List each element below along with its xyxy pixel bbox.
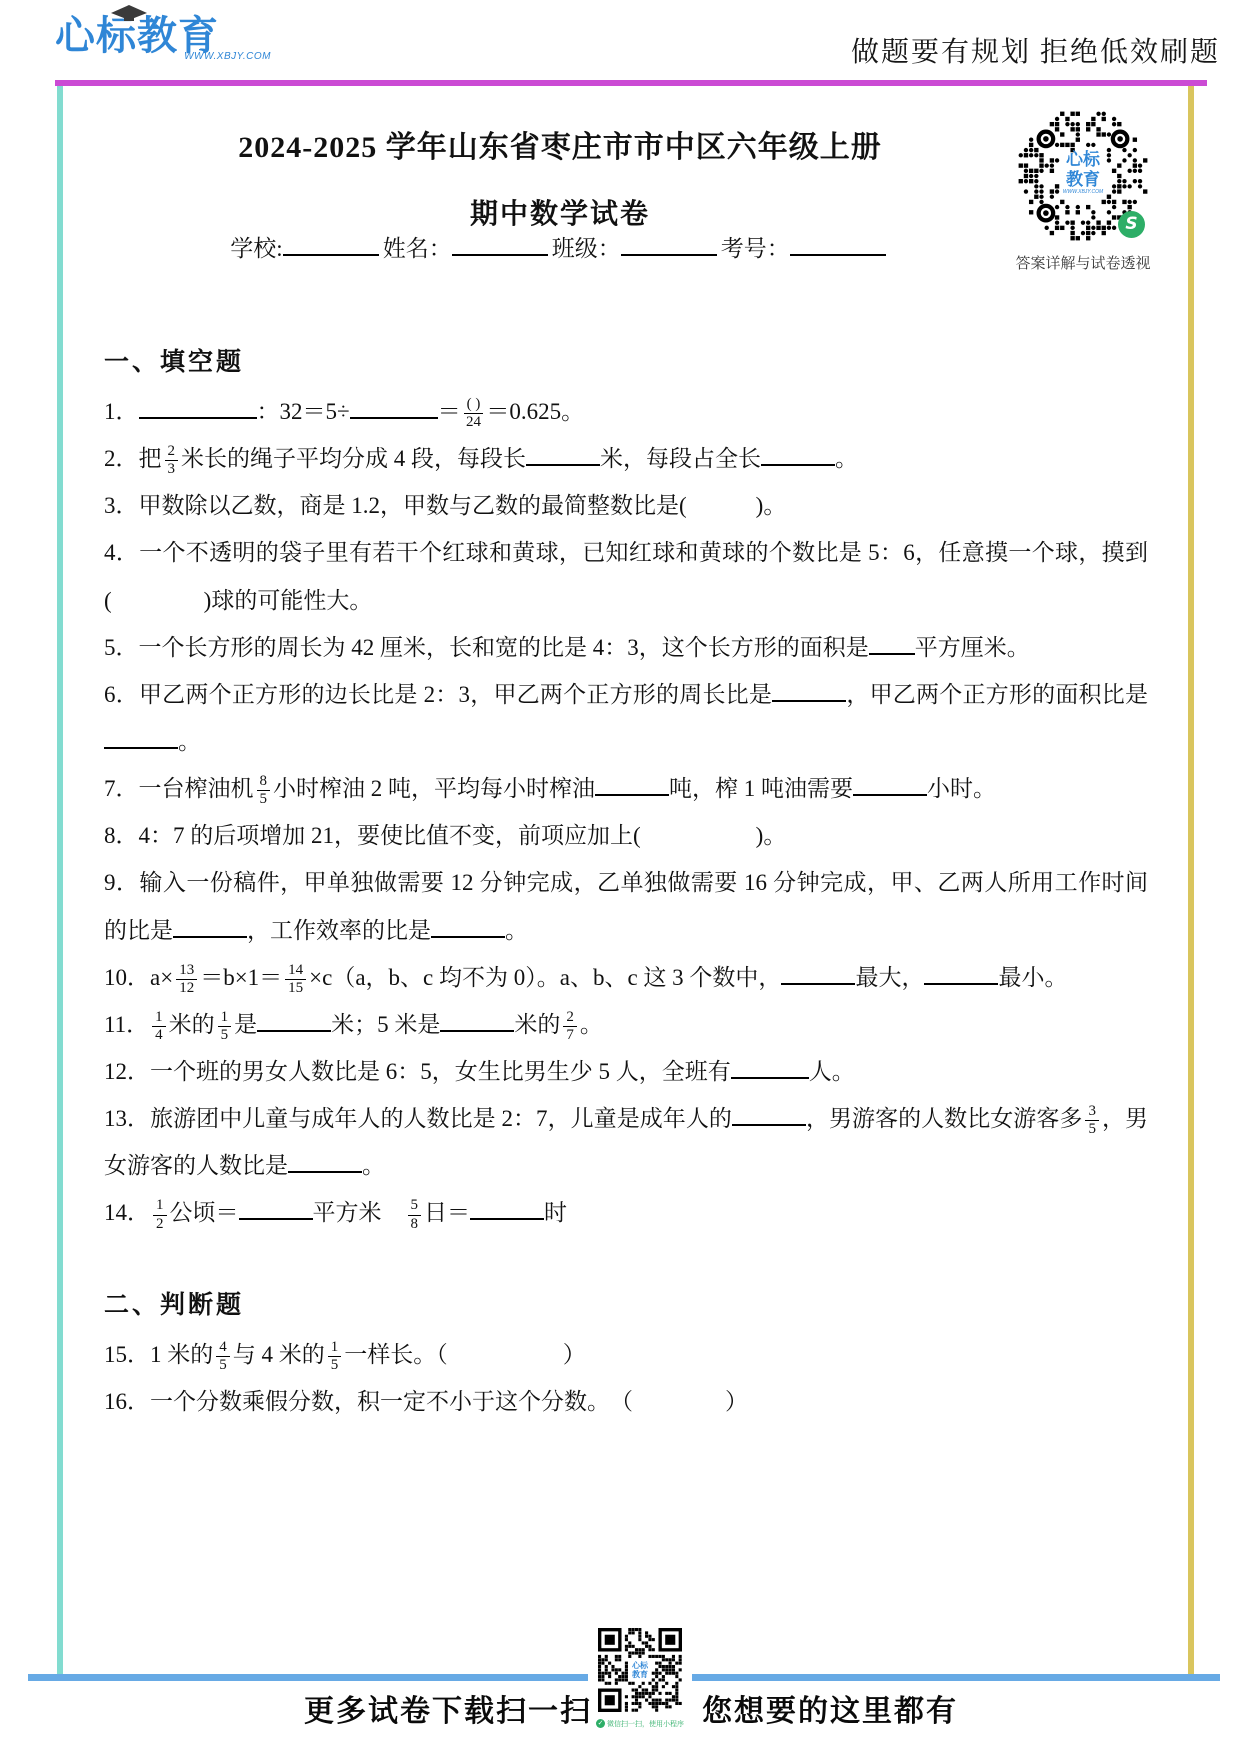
title-block: 2024-2025 学年山东省枣庄市市中区六年级上册 期中数学试卷: [150, 122, 970, 232]
question-4: 4．一个不透明的袋子里有若干个红球和黄球，已知红球和黄球的个数比是 5：6，任意…: [104, 529, 1148, 623]
fraction: 85: [257, 773, 271, 809]
blank-line: [526, 442, 600, 466]
question-9: 9．输入一份稿件，甲单独做需要 12 分钟完成，乙单独做需要 16 分钟完成，甲…: [104, 859, 1148, 953]
question-5: 5．一个长方形的周长为 42 厘米，长和宽的比是 4：3，这个长方形的面积是平方…: [104, 624, 1148, 671]
brand-logo: 心标教育 WWW.XBJY.COM: [55, 14, 265, 58]
download-qr-code: 心标教育: [598, 1628, 682, 1712]
question-7: 7．一台榨油机85小时榨油 2 吨，平均每小时榨油吨，榨 1 吨油需要小时。: [104, 765, 1148, 812]
download-qr-panel: 心标教育 ✓微信扫一扫，使用小程序: [588, 1626, 692, 1731]
fraction: ( )24: [464, 396, 484, 432]
blank-line: [772, 678, 846, 702]
svg-text:教育: 教育: [631, 1669, 648, 1679]
question-3: 3．甲数除以乙数，商是 1.2，甲数与乙数的最简整数比是( )。: [104, 482, 1148, 529]
fraction: 1312: [176, 962, 197, 998]
question-16: 16．一个分数乘假分数，积一定不小于这个分数。 （ ）: [104, 1378, 1148, 1425]
fraction: 12: [153, 1197, 167, 1233]
blank-line: [731, 1055, 809, 1079]
question-15: 15．1 米的45与 4 米的15一样长。（ ）: [104, 1331, 1148, 1378]
fraction: 35: [1085, 1103, 1099, 1139]
fraction: 15: [218, 1009, 232, 1045]
blank-line: [440, 1008, 514, 1032]
footer-text-right: 您想要的这里都有: [702, 1686, 958, 1730]
qr-logo-line2: 教育: [1013, 170, 1153, 190]
header-slogan: 做题要有规划 拒绝低效刷题: [851, 30, 1220, 70]
top-divider: [55, 80, 1207, 86]
qr-logo-url: WWW.XBJY.COM: [1013, 189, 1153, 195]
blank-line: [139, 395, 257, 419]
info-blank: [452, 232, 548, 256]
fraction: 1415: [285, 962, 306, 998]
answer-qr-block: 心标 教育 WWW.XBJY.COM S 答案详解与试卷透视: [1008, 106, 1158, 273]
check-icon: ✓: [596, 1719, 605, 1728]
blank-line: [288, 1149, 362, 1173]
section-heading: 二、判断题: [104, 1285, 1148, 1321]
blank-line: [761, 442, 835, 466]
brand-url: WWW.XBJY.COM: [184, 51, 271, 62]
fraction: 58: [408, 1197, 422, 1233]
blank-line: [853, 772, 927, 796]
fraction: 15: [328, 1339, 342, 1375]
section-judge: 二、判断题 15．1 米的45与 4 米的15一样长。（ ）16．一个分数乘假分…: [104, 1285, 1148, 1425]
answer-qr-caption: 答案详解与试卷透视: [1008, 252, 1158, 273]
fraction: 27: [563, 1009, 577, 1045]
exam-content: 一、填空题 1．：32＝5÷＝( )24＝0.625。2．把23米长的绳子平均分…: [104, 342, 1148, 1425]
blank-line: [470, 1196, 544, 1220]
blank-line: [924, 961, 998, 985]
blank-line: [732, 1102, 806, 1126]
question-13: 13．旅游团中儿童与成年人的人数比是 2：7，儿童是成年人的，男游客的人数比女游…: [104, 1095, 1148, 1189]
info-label: 班级：: [552, 236, 621, 261]
info-line: 学校:姓名：班级：考号：: [150, 230, 970, 263]
blank-line: [869, 631, 915, 655]
blank-line: [781, 961, 855, 985]
blank-line: [595, 772, 669, 796]
svg-text:心标: 心标: [631, 1660, 649, 1670]
qr-center-logo: 心标 教育 WWW.XBJY.COM: [1013, 150, 1153, 195]
blank-line: [173, 913, 247, 937]
question-8: 8．4：7 的后项增加 21，要使比值不变，前项应加上( )。: [104, 812, 1148, 859]
blank-line: [257, 1008, 331, 1032]
question-10: 10．a×1312＝b×1＝1415×c（a，b、c 均不为 0）。a、b、c …: [104, 954, 1148, 1001]
question-12: 12．一个班的男女人数比是 6：5，女生比男生少 5 人，全班有人。: [104, 1048, 1148, 1095]
wechat-badge-icon: S: [1118, 211, 1145, 238]
info-blank: [790, 232, 886, 256]
page-border-right: [1188, 86, 1194, 1676]
question-1: 1．：32＝5÷＝( )24＝0.625。: [104, 388, 1148, 435]
question-2: 2．把23米长的绳子平均分成 4 段，每段长米，每段占全长。: [104, 435, 1148, 482]
question-6: 6．甲乙两个正方形的边长比是 2：3，甲乙两个正方形的周长比是，甲乙两个正方形的…: [104, 671, 1148, 765]
blank-line: [350, 395, 438, 419]
paper-title: 2024-2025 学年山东省枣庄市市中区六年级上册: [150, 122, 970, 166]
download-qr-note: ✓微信扫一扫，使用小程序: [596, 1719, 684, 1729]
paper-subtitle: 期中数学试卷: [150, 192, 970, 232]
question-11: 11．14米的15是米；5 米是米的27。: [104, 1001, 1148, 1048]
fraction: 23: [165, 443, 179, 479]
question-14: 14．12公顷＝平方米 58日＝时: [104, 1189, 1148, 1236]
fraction: 14: [152, 1009, 166, 1045]
section-fill-in: 一、填空题 1．：32＝5÷＝( )24＝0.625。2．把23米长的绳子平均分…: [104, 342, 1148, 1237]
section-heading: 一、填空题: [104, 342, 1148, 378]
blank-line: [104, 725, 178, 749]
blank-line: [431, 913, 505, 937]
footer-text-left: 更多试卷下载扫一扫: [304, 1686, 592, 1730]
fraction: 45: [216, 1339, 230, 1375]
question-list: 1．：32＝5÷＝( )24＝0.625。2．把23米长的绳子平均分成 4 段，…: [104, 388, 1148, 1237]
qr-logo-line1: 心标: [1013, 150, 1153, 170]
info-blank: [621, 232, 717, 256]
page-border-left: [57, 86, 63, 1676]
info-label: 姓名：: [383, 236, 452, 261]
info-blank: [283, 232, 379, 256]
info-label: 考号：: [721, 236, 790, 261]
info-label: 学校:: [230, 236, 282, 261]
graduation-cap-icon: [111, 5, 147, 23]
blank-line: [239, 1196, 313, 1220]
question-list: 15．1 米的45与 4 米的15一样长。（ ）16．一个分数乘假分数，积一定不…: [104, 1331, 1148, 1425]
